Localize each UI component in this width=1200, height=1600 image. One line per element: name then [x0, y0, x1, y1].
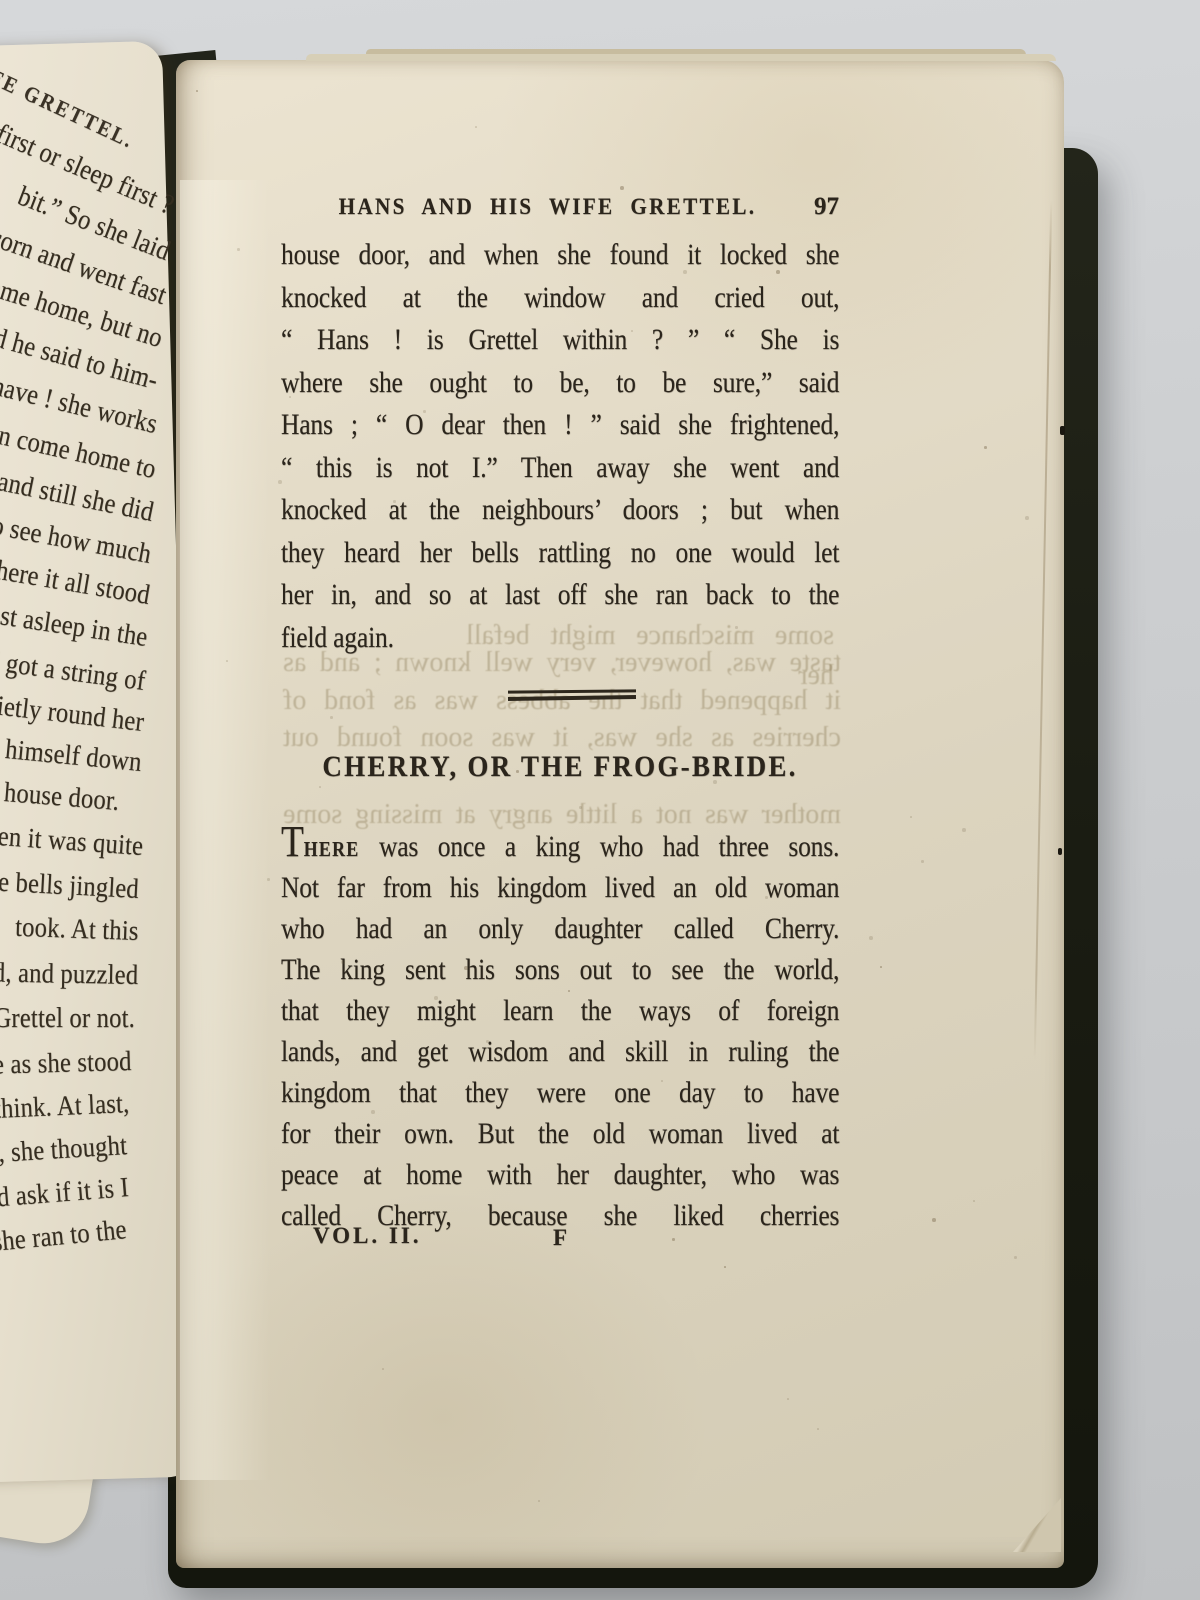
paper-speck — [330, 716, 333, 719]
paper-speck — [579, 806, 582, 809]
paper-speck — [817, 1428, 819, 1430]
page-number: 97 — [814, 193, 839, 221]
text-line: Not far from his kingdom lived an old wo… — [281, 867, 839, 908]
text-line: that they might learn the ways of foreig… — [281, 990, 839, 1031]
edge-nick — [1058, 848, 1062, 855]
page-top-edge — [306, 54, 1056, 61]
text-line: they heard her bells rattling no one wou… — [281, 532, 839, 575]
paper-speck — [724, 1266, 726, 1268]
running-header: HANS AND HIS WIFE GRETTEL. 97 — [281, 193, 839, 221]
paper-speck — [932, 1218, 936, 1222]
paper-speck — [713, 780, 717, 784]
text-line: THERE was once a king who had three sons… — [281, 826, 839, 867]
dog-ear-fold — [1013, 1498, 1061, 1552]
paper-speck — [538, 1500, 540, 1502]
paper-speck — [973, 1200, 975, 1202]
paper-speck — [910, 816, 912, 818]
paper-speck — [464, 966, 468, 970]
paper-speck — [1025, 516, 1029, 520]
paper-speck — [516, 770, 519, 773]
text-line: knocked at the neighbours’ doors ; but w… — [281, 489, 839, 532]
text-line: peace at home with her daughter, who was — [281, 1154, 839, 1195]
paragraph-hans-grettel: house door, and when she found it locked… — [281, 234, 839, 659]
paper-speck — [828, 1130, 831, 1133]
photo-of-open-book: { "photo": { "backdrop_color": "#cdcfd1"… — [0, 0, 1200, 1600]
text-line: The king sent his sons out to see the wo… — [281, 949, 839, 990]
paper-speck — [278, 480, 282, 484]
text-line: Hans ; “ O dear then ! ” said she fright… — [281, 404, 839, 447]
text-line: “ this is not I.” Then away she went and — [281, 447, 839, 490]
paper-speck — [962, 828, 966, 832]
paper-speck — [475, 126, 477, 128]
paper-speck — [765, 896, 768, 899]
paper-speck — [631, 330, 633, 332]
paper-speck — [620, 186, 624, 190]
gutter-highlight — [180, 180, 270, 1480]
text-line: lands, and get wisdom and skill in rulin… — [281, 1031, 839, 1072]
paper-speck — [735, 626, 738, 629]
paper-speck — [683, 270, 687, 274]
paper-speck — [527, 258, 531, 262]
text-line: house door, and when she found it locked… — [281, 234, 839, 277]
paper-speck — [672, 1238, 675, 1241]
signature-mark: F — [281, 1225, 839, 1251]
text-line: who had an only daughter called Cherry. — [281, 908, 839, 949]
paper-speck — [237, 248, 240, 251]
paper-speck — [434, 996, 438, 1000]
running-header-title: HANS AND HIS WIFE GRETTEL. — [302, 194, 792, 220]
text-line: where she ought to be, to be sure,” said — [281, 362, 839, 405]
paper-speck — [289, 396, 291, 398]
drop-initial: T — [281, 817, 304, 866]
section-divider — [508, 690, 636, 700]
page-crease — [1034, 200, 1053, 1060]
paper-speck — [196, 90, 198, 92]
paper-speck — [341, 960, 345, 964]
text-line: her in, and so at last off she ran back … — [281, 574, 839, 617]
small-caps: HERE — [304, 837, 360, 861]
paper-speck — [661, 1080, 663, 1082]
paper-speck — [787, 1398, 789, 1400]
text-line: knocked at the window and cried out, — [281, 277, 839, 320]
paper-speck — [1014, 1256, 1017, 1259]
paper-speck — [869, 936, 873, 940]
paper-speck — [319, 786, 321, 788]
paper-speck — [921, 860, 924, 863]
paper-speck — [776, 270, 780, 274]
paper-speck — [984, 446, 987, 449]
paper-speck — [486, 1040, 489, 1043]
paper-speck — [226, 660, 228, 662]
paper-speck — [423, 410, 426, 413]
text-line: “ Hans ! is Grettel within ? ” “ She is — [281, 319, 839, 362]
paragraph-cherry-frog-bride: THERE was once a king who had three sons… — [281, 826, 839, 1236]
chapter-heading: CHERRY, OR THE FROG-BRIDE. — [309, 750, 811, 784]
edge-nick — [1060, 426, 1065, 435]
paper-speck — [568, 990, 570, 992]
divider-rule-thin — [508, 689, 636, 693]
paper-speck — [267, 878, 270, 881]
text-line: for their own. But the old woman lived a… — [281, 1113, 839, 1154]
text-line: kingdom that they were one day to have — [281, 1072, 839, 1113]
paper-speck — [371, 1110, 375, 1114]
ghost-line: taste was, however, very well known ; an… — [283, 643, 841, 683]
paper-speck — [382, 1368, 384, 1370]
ghost-line: it happened that the abbess was as fond … — [283, 681, 841, 721]
right-page: HANS AND HIS WIFE GRETTEL. 97 house door… — [176, 60, 1064, 1568]
paper-speck — [880, 966, 882, 968]
paper-speck — [393, 500, 396, 503]
paper-speck — [590, 936, 594, 940]
